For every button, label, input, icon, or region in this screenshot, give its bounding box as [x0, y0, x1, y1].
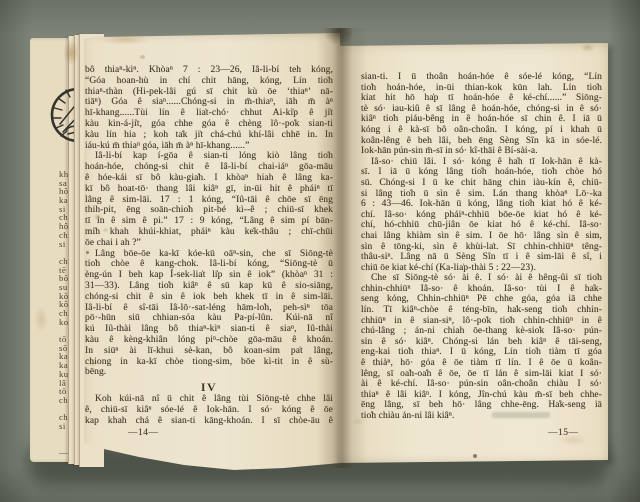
text-line: sìn ê tōng-ki, sìn ê khùi-la̍t. Sī chhin… — [361, 242, 602, 253]
text-line: tī in ê sim ê pi.” 17 : 9 kóng, “Lâng ê … — [85, 216, 333, 227]
text-line: Che sī Siōng-tè só· ài ê. I só· ài ê hên… — [361, 273, 602, 284]
text-line: kóng i ê kà-sī bô oân-choân. I kóng, pí … — [361, 125, 602, 136]
text-line: seng kóng, Chhin-chhiūⁿ Pē chhe góa, góa… — [361, 294, 602, 305]
text-line: bô thiaⁿ-kìⁿ. Khòaⁿ 7 : 23—26, Iâ-li-bí … — [85, 65, 333, 76]
text-line: 6 : 43—46. Iok-hān ū kóng, lâng tio̍h ki… — [361, 199, 602, 210]
text-line: “Góa hoan-hù in chí chit hāng, kóng, Lín… — [85, 76, 333, 87]
left-page-text: bô thiaⁿ-kìⁿ. Khòaⁿ 7 : 23—26, Iâ-li-bí … — [85, 65, 333, 427]
text-line: hoán-hóe, chóng-si chit ê Iâ-li-bí chai-… — [85, 162, 333, 173]
text-line: chiong in ka-kī chòe tiong-sim, bōe kì-t… — [85, 357, 333, 368]
text-line: lâng ê sim-lāi. 17 : 1 kóng, “Iû-tāi ê c… — [85, 195, 333, 206]
text-line: thiaⁿ-thàn (Hi-pek-lâi gú sī chit kù ōe … — [85, 87, 333, 98]
text-line: kàu ê kèng-khiân lóng piⁿ-chòe gōa-māu ê… — [85, 335, 333, 346]
text-line: Iok-hān pún-sin m̄-sī in só· kî-thāi ê B… — [361, 146, 602, 157]
edge-text-column: khsahōkasichhôchsi chtēbōsukōkōchko tōsō… — [59, 170, 75, 457]
text-line: chí. Iâ-so· kóng pháiⁿ-chhiū bōe-ōe kiat… — [361, 210, 602, 221]
section-heading: IV — [85, 381, 333, 394]
right-page-text: sian-ti. I ū thoân hoán-hóe ê sóe-lé kón… — [361, 72, 602, 422]
text-line: lín. Tī kiâⁿ-chòe ê téng-bīn, ha̍k-seng … — [361, 305, 602, 316]
text-line: thâu-siⁿ. Lâng nā ū Sèng Sîn tī i ê sim-… — [361, 252, 602, 263]
text-line: Iâ-so· chiū lâi. I só· kóng ê ha̍h tī Io… — [361, 157, 602, 168]
edge-text-fragment: — — [59, 448, 75, 457]
text-line: chhiūⁿ in ê sian-siⁿ, lô·-po̍k tio̍h chh… — [361, 316, 602, 327]
text-line: thih-pit, ēng soān-chio̍h pit-bé kì--ê ;… — [85, 205, 333, 216]
text-line: Iâ-li-bí ê sî-tāi Iâ-lō·-sat-léng hām-lo… — [85, 303, 333, 314]
text-line: thiaⁿ ê lâi kiâⁿ. I kóng, Jîn-chú kàu m̄… — [361, 390, 602, 401]
text-line: sian-ti. I ū thoân hoán-hóe ê sóe-lé kón… — [361, 72, 602, 83]
text-line: tio̍h chiàu án-ni lâi kiâⁿ. — [361, 411, 602, 422]
text-line: lêng, sī oa̍h-oa̍h ê ōe, ōe tī lán ê sim… — [361, 369, 602, 380]
text-line: Koh kúi-nā nî ū chit ê lâng tùi Siōng-tè… — [85, 394, 333, 405]
photo-of-open-book: { "colors": { "background": "#7e8479", "… — [0, 0, 640, 502]
text-line: ê hóe-kái sī bô kàu-gia̍h. I khòaⁿ hiah … — [85, 173, 333, 184]
text-line: In siūⁿ ài lī-khui sè-kan, bô koan-sim p… — [85, 346, 333, 357]
text-line: chhin-chhiūⁿ Iâ-so· ê khoán. Iâ-so· tùi … — [361, 284, 602, 295]
text-line: chú-lâng ; án-ni chiah ōe-thang kè-sio̍k… — [361, 326, 602, 337]
text-line: tiāⁿ) Góa ê siaⁿ......Chóng-si in m̄-thi… — [85, 97, 333, 108]
text-line: ōe chai i ah ?” — [85, 238, 333, 249]
text-line: Iâ-li-bí kap í-gōa ê sian-ti lóng kiò lâ… — [85, 151, 333, 162]
text-line: tio̍h hoán-hóe, in-ūi thian-kok kūn lah.… — [361, 83, 602, 94]
text-line: chí, hó-chhiū chū-jiân ōe kiat hó ê ké-c… — [361, 220, 602, 231]
text-line: 31—33). Lâng tio̍h kiâⁿ ê sū kap kū ê si… — [85, 281, 333, 292]
page-number-left: —14— — [128, 428, 159, 438]
text-line: kú Iû-thài lâng bô thiaⁿ-kìⁿ sian-ti ê s… — [85, 324, 333, 335]
text-line: kàu kin-á-ji̍t, góa chhe góa ê chèng lô·… — [85, 119, 333, 130]
text-line: kàu lín hia ; koh ta̍k ji̍t chá-chú khí-… — [85, 130, 333, 141]
text-line: iáu-kú m̄ thiaⁿ góa, iāh m̄ àⁿ hī-khang.… — [85, 141, 333, 152]
text-line: eng-kai tio̍h thiaⁿ. I ū kóng, Lín tio̍h… — [361, 347, 602, 358]
page-number-right: —15— — [548, 428, 579, 438]
text-line: mi̍h khah khúi-khiat, pháiⁿ kàu ke̍k-thâ… — [85, 227, 333, 238]
text-line: sū. Chóng-si I ū ke chit hāng chin iàu-k… — [361, 178, 602, 189]
text-line: hī-khang......Tùi lín ê lia̍t-chó· chhut… — [85, 108, 333, 119]
text-line: ēng lâng, sī beh hō· lâng chhe-ēng. Ha̍k… — [361, 400, 602, 411]
text-line: ê thiàⁿ, hō· góa ê ōe tiàm tī lín. I ê ō… — [361, 358, 602, 369]
circular-ink-stamp-icon — [48, 80, 74, 152]
text-line: èng-ún I beh kap Í-sek-lia̍t li̍p sin ê … — [85, 270, 333, 281]
text-line: chiū ōe kiat ké-chí (Ka-lia̍p-thài 5 : 2… — [361, 263, 602, 274]
text-line: chai lâng khiàm sìn ê sim. I ōe hō· lâng… — [361, 231, 602, 242]
text-line: pō·-hūn siū chhian-sóa kàu Pa-pí-lûn. Kú… — [85, 313, 333, 324]
text-line: tè só· iau-kiû ê sī lâng ê hoán-hóe, chó… — [361, 104, 602, 115]
text-line: kī bô hoat-tō· thang lâi kiâⁿ gī, in-ūi … — [85, 184, 333, 195]
text-line: ài ê ké-chí. Iâ-so· pún-sin oân-choân ch… — [361, 379, 602, 390]
text-line: tio̍h chòe ê kang-chok. Iâ-li-bí kóng, “… — [85, 259, 333, 270]
text-line: Lâng bōe-ōe ka-kī kóe-kū oāⁿ-sin, che sī… — [85, 249, 333, 260]
text-line: bēng. — [85, 367, 333, 378]
text-line: kap khah chá ê sian-ti kāng-khoán. I sī … — [85, 416, 333, 427]
text-line: sin ê só· kiâⁿ. Chóng-si lán beh kiâⁿ ê … — [361, 337, 602, 348]
text-line: si lâng tio̍h ū sìn ê sim. Lán thang khò… — [361, 189, 602, 200]
text-line: kiat hit hō ha̍p tī hoán-hóe ê ké-chí...… — [361, 93, 602, 104]
text-line: koân-lêng ê beh lâi, beh ēng Sèng Sîn kā… — [361, 136, 602, 147]
text-line: sī. I iā ū kóng lâng tio̍h hoán-hóe, tio… — [361, 167, 602, 178]
text-line: kiâⁿ tio̍h piáu-bêng in ê hoán-hóe sī ch… — [361, 114, 602, 125]
text-line: ê, chiū-sī kiâⁿ sóe-lé ê Iok-hān. I só· … — [85, 405, 333, 416]
text-line: chóng-si chit ê sin ê iok beh khek tī in… — [85, 292, 333, 303]
